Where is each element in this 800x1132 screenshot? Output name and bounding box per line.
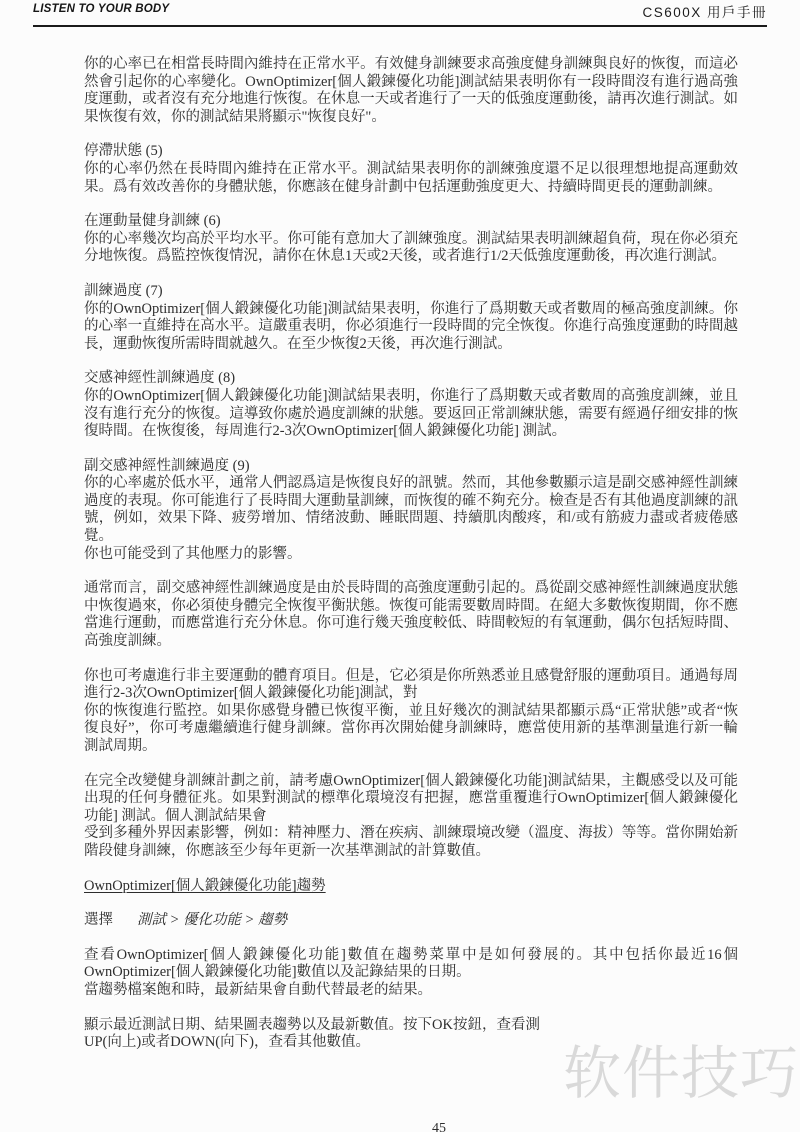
paragraph: 在完全改變健身訓練計劃之前，請考慮OwnOptimizer[個人鍛鍊優化功能]測… [84,773,738,861]
section-paragraph: 你的心率仍然在長時間內維持在正常水平。測試結果表明你的訓練強度還不足以很理想地提… [84,161,738,196]
menu-select-label: 選擇 [84,912,113,928]
menu-path: 測試 > 優化功能 > 趨勢 [137,912,287,928]
paragraph: 顯示最近測試日期、結果圖表趨勢以及最新數值。按下OK按鈕，查看測 UP(向上)或… [84,1017,738,1052]
paragraph: 你的心率已在相當長時間內維持在正常水平。有效健身訓練要求高強度健身訓練與良好的恢… [84,56,738,126]
brand-logo-text: LISTEN TO YOUR BODY [33,0,169,15]
section-heading: 副交感神經性訓練過度 (9) [84,458,738,476]
section-heading: 停滯狀態 (5) [84,143,738,161]
paragraph: 你也可考慮進行非主要運動的體育項目。但是，它必須是你所熟悉並且感覺舒服的運動項目… [84,668,738,756]
paragraph: 通常而言，副交感神經性訓練過度是由於長時間的高強度運動引起的。爲從副交感神經性訓… [84,580,738,650]
menu-path-line: 選擇測試 > 優化功能 > 趨勢 [84,912,738,930]
page-number: 45 [432,1121,446,1132]
paragraph: 查看OwnOptimizer[個人鍛鍊優化功能]數值在趨勢菜單中是如何發展的。其… [84,947,738,1000]
section-heading: 在運動量健身訓練 (6) [84,213,738,231]
underlined-heading: OwnOptimizer[個人鍛鍊優化功能]趨勢 [84,878,738,896]
section: 訓練過度 (7)你的OwnOptimizer[個人鍛鍊優化功能]測試結果表明，你… [84,283,738,353]
section-heading: 交感神經性訓練過度 (8) [84,370,738,388]
section-paragraph: 你的OwnOptimizer[個人鍛鍊優化功能]測試結果表明，你進行了爲期數天或… [84,388,738,441]
section: 交感神經性訓練過度 (8)你的OwnOptimizer[個人鍛鍊優化功能]測試結… [84,370,738,440]
section-paragraph: 你的心率幾次均高於平均水平。你可能有意加大了訓練強度。測試結果表明訓練超負荷，現… [84,231,738,266]
page-header: LISTEN TO YOUR BODY CS600X 用戶手冊 [33,0,767,27]
manual-title: CS600X 用戶手冊 [642,0,767,21]
section-paragraph: 你的心率處於低水平，通常人們認爲這是恢復良好的訊號。然而，其他參數顯示這是副交感… [84,475,738,563]
section: 在運動量健身訓練 (6)你的心率幾次均高於平均水平。你可能有意加大了訓練強度。測… [84,213,738,266]
content-blocks: 你的心率已在相當長時間內維持在正常水平。有效健身訓練要求高強度健身訓練與良好的恢… [84,56,738,1069]
manual-page: LISTEN TO YOUR BODY CS600X 用戶手冊 你的心率已在相當… [0,0,800,1132]
section-paragraph: 你的OwnOptimizer[個人鍛鍊優化功能]測試結果表明，你進行了爲期數天或… [84,301,738,354]
section: 停滯狀態 (5)你的心率仍然在長時間內維持在正常水平。測試結果表明你的訓練強度還… [84,143,738,196]
section: 副交感神經性訓練過度 (9)你的心率處於低水平，通常人們認爲這是恢復良好的訊號。… [84,458,738,564]
section-heading: 訓練過度 (7) [84,283,738,301]
